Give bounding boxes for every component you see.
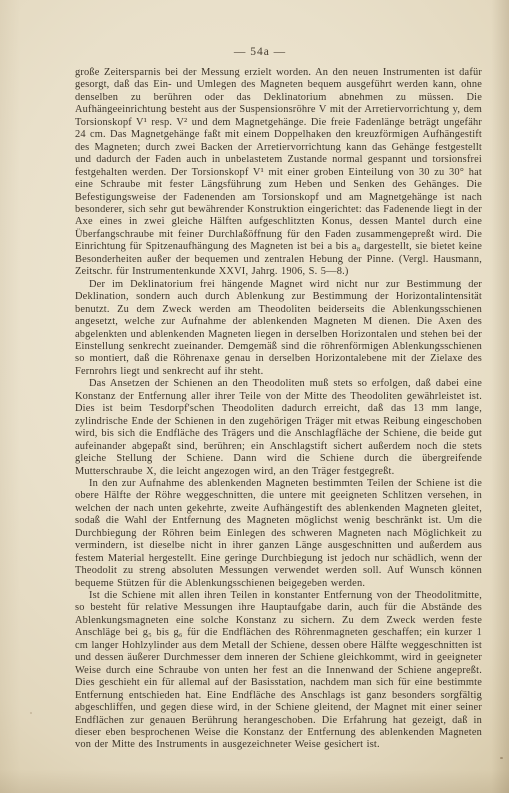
body-text: große Zeitersparnis bei der Messung erzi… [75,67,482,752]
paragraph-tube-cutout: In den zur Aufnahme des ablenkenden Magn… [75,478,482,590]
paper-speck [30,712,32,714]
scanned-book-page: — 54a — große Zeitersparnis bei der Mess… [0,0,509,793]
paragraph-suspension-apparatus: große Zeitersparnis bei der Messung erzi… [75,67,482,279]
paper-speck [500,757,503,759]
paragraph-rail-attachment: Das Ansetzen der Schienen an den Theodol… [75,378,482,478]
page-number: — 54a — [60,46,460,58]
paragraph-deflection-rails: Der im Deklinatorium frei hängende Magne… [75,279,482,379]
paragraph-distance-stops: Ist die Schiene mit allen ihren Teilen i… [75,590,482,752]
